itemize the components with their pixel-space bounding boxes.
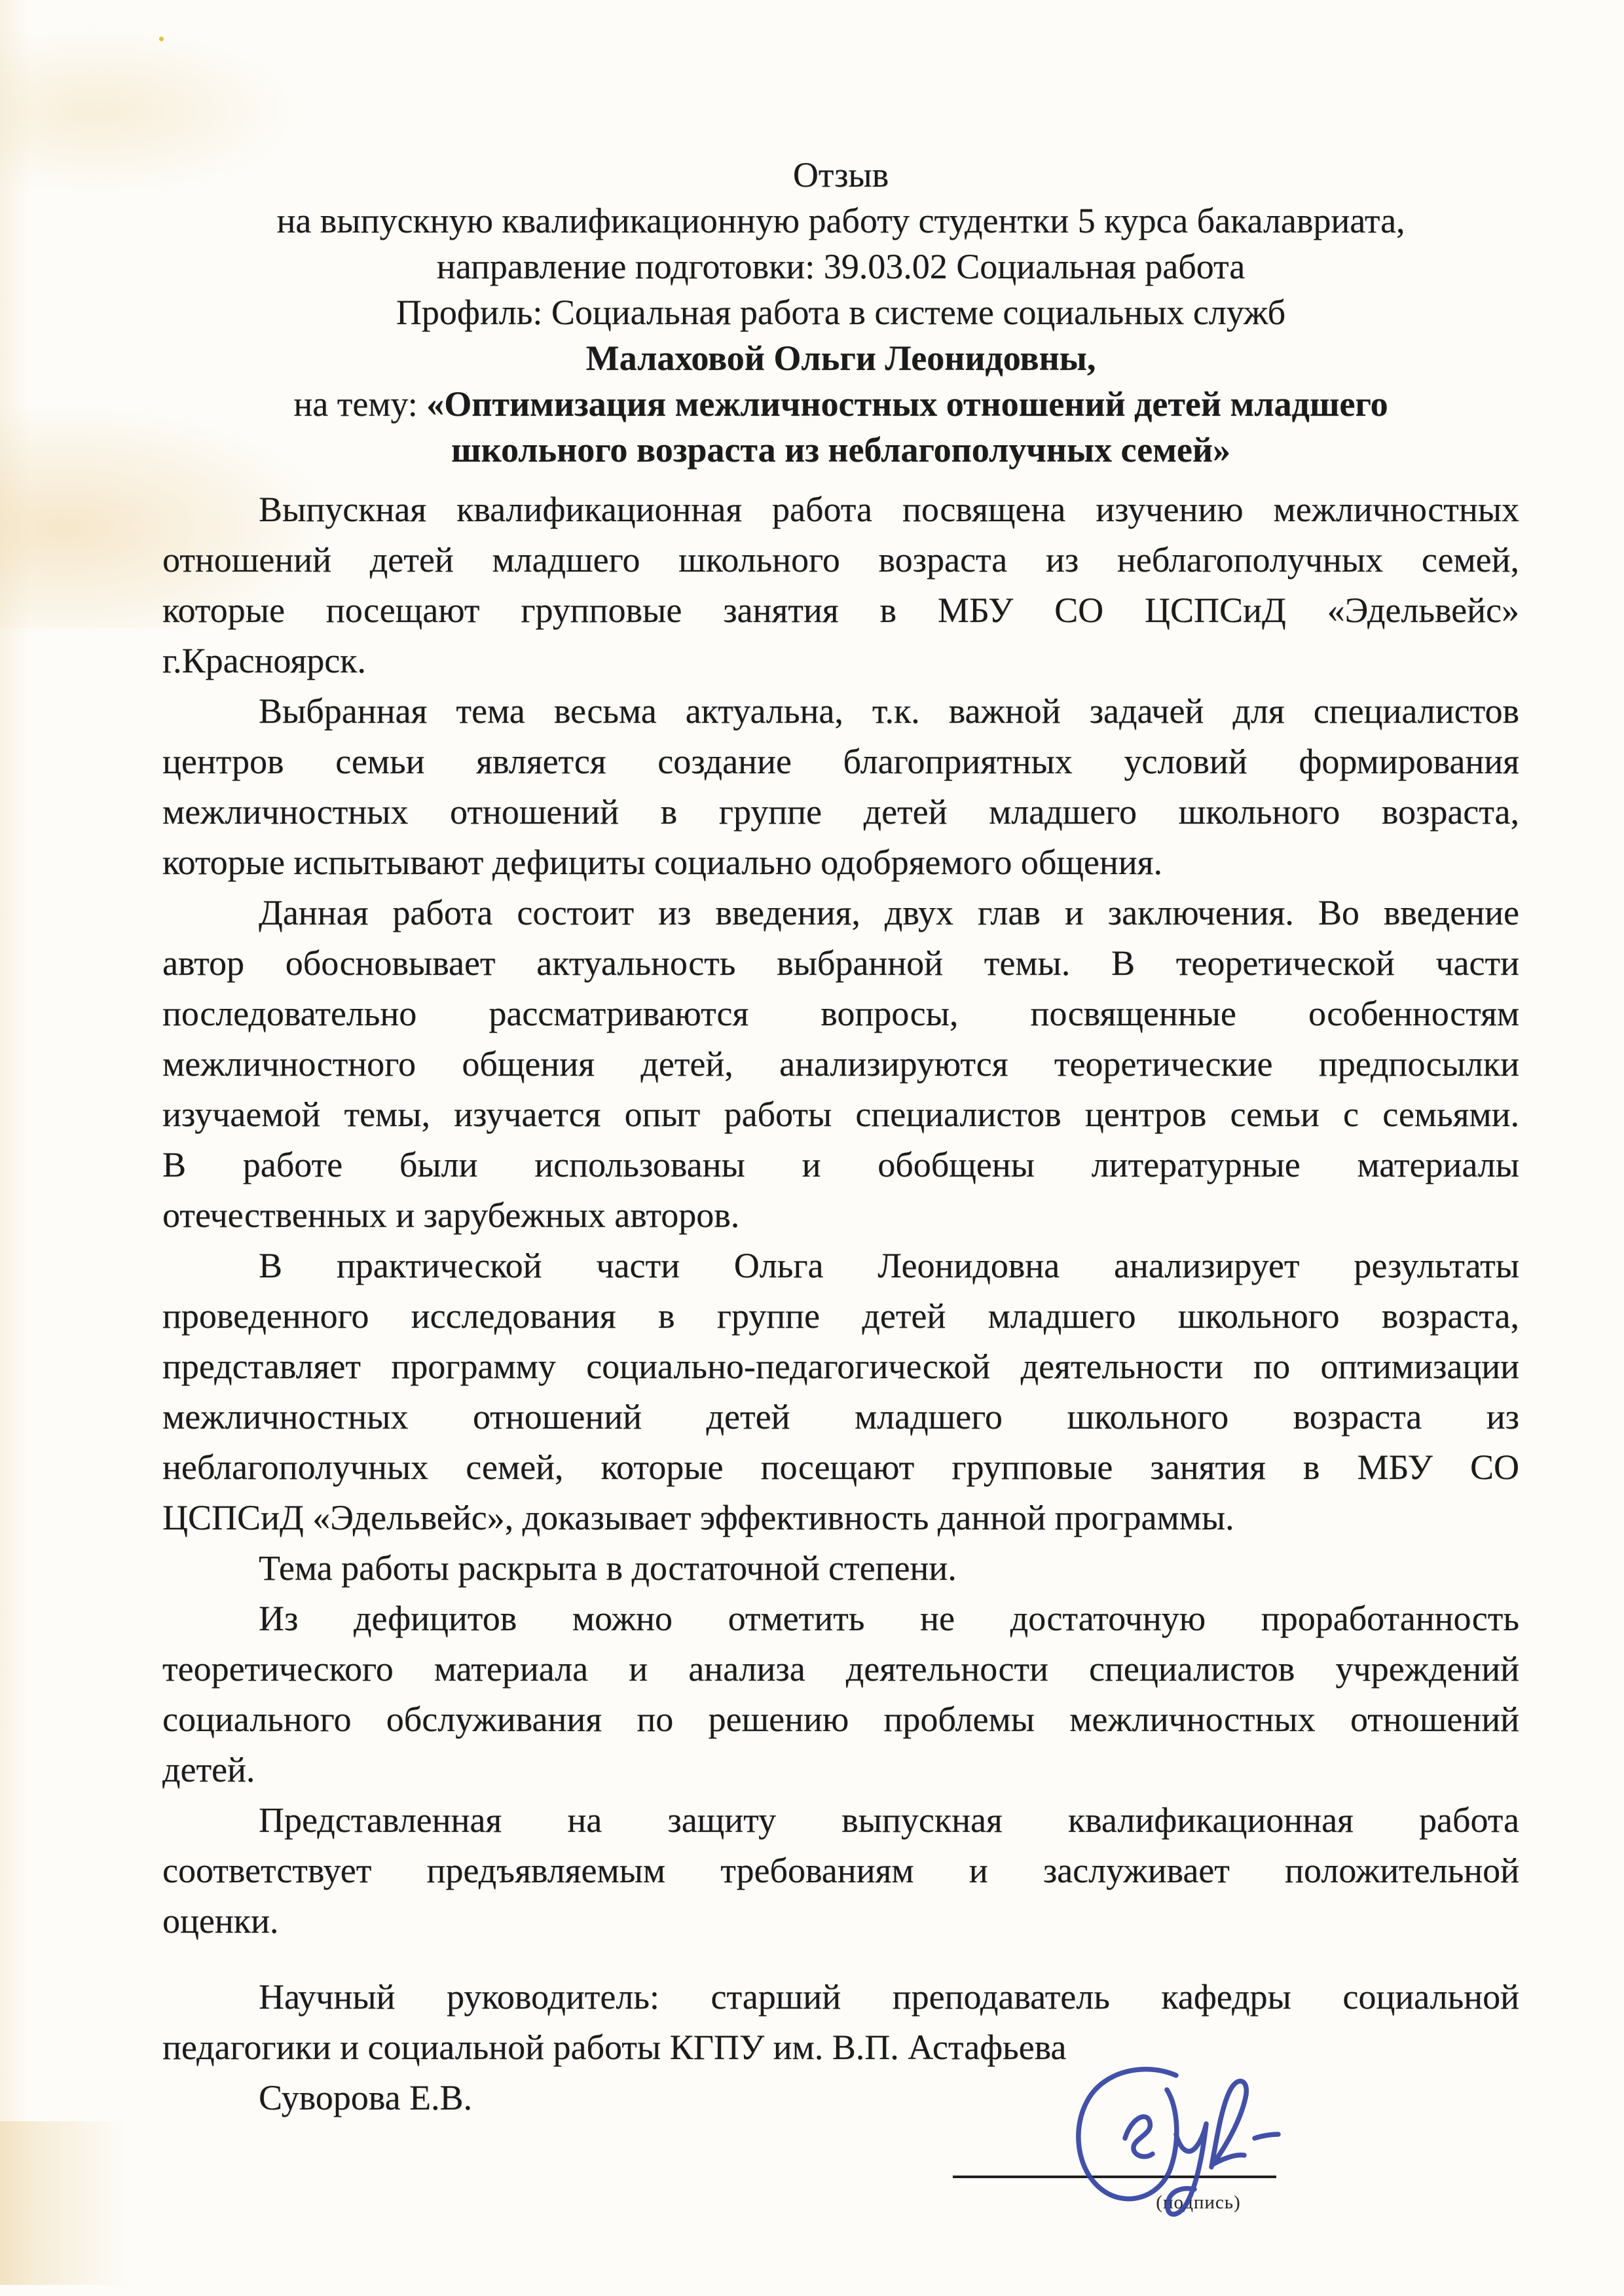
body-line: которые испытывают дефициты социально од… xyxy=(162,837,1519,888)
body-line: Данная работа состоит из введения, двух … xyxy=(162,888,1519,938)
body-line: Выпускная квалификационная работа посвящ… xyxy=(162,484,1519,535)
review-body: Выпускная квалификационная работа посвящ… xyxy=(162,484,1519,1946)
signer-name: Суворова Е.В. xyxy=(162,2073,1519,2123)
body-line: представляет программу социально-педагог… xyxy=(162,1341,1519,1392)
supervisor-line: Научный руководитель: старший преподават… xyxy=(162,1972,1519,2022)
paragraph: Представленная на защиту выпускная квали… xyxy=(162,1795,1519,1946)
document-page: Отзыв на выпускную квалификационную рабо… xyxy=(0,0,1624,2296)
body-line: проведенного исследования в группе детей… xyxy=(162,1291,1519,1341)
body-line: отношений детей младшего школьного возра… xyxy=(162,535,1519,585)
body-line: оценки. xyxy=(162,1896,1519,1946)
signature-ink xyxy=(1044,2061,1287,2225)
body-line: автор обосновывает актуальность выбранно… xyxy=(162,938,1519,989)
header-line-work: на выпускную квалификационную работу сту… xyxy=(162,198,1519,244)
paragraph: Выпускная квалификационная работа посвящ… xyxy=(162,484,1519,686)
body-line: ЦСПСиД «Эдельвейс», доказывает эффективн… xyxy=(162,1493,1519,1543)
body-line: соответствует предъявляемым требованиям … xyxy=(162,1846,1519,1896)
body-line: отечественных и зарубежных авторов. xyxy=(162,1190,1519,1241)
paragraph: Данная работа состоит из введения, двух … xyxy=(162,888,1519,1241)
body-line: социального обслуживания по решению проб… xyxy=(162,1694,1519,1745)
body-line: неблагополучных семей, которые посещают … xyxy=(162,1442,1519,1493)
student-name: Малаховой Ольги Леонидовны, xyxy=(162,335,1519,381)
body-line: Выбранная тема весьма актуальна, т.к. ва… xyxy=(162,686,1519,737)
header-line-direction: направление подготовки: 39.03.02 Социаль… xyxy=(162,244,1519,289)
body-line: Из дефицитов можно отметить не достаточн… xyxy=(162,1594,1519,1644)
body-line: теоретического материала и анализа деяте… xyxy=(162,1644,1519,1694)
body-line: последовательно рассматриваются вопросы,… xyxy=(162,989,1519,1039)
header-line-profile: Профиль: Социальная работа в системе соц… xyxy=(162,289,1519,335)
body-line: межличностных отношений детей младшего ш… xyxy=(162,1392,1519,1442)
theme-title-part-1: «Оптимизация межличностных отношений дет… xyxy=(426,384,1388,424)
body-line: Тема работы раскрыта в достаточной степе… xyxy=(162,1543,1519,1594)
paper-speck xyxy=(159,37,164,41)
paper-stain-bottom-left xyxy=(0,2121,151,2285)
supervisor-line: педагогики и социальной работы КГПУ им. … xyxy=(162,2022,1519,2073)
paragraph: Из дефицитов можно отметить не достаточн… xyxy=(162,1594,1519,1795)
supervisor-block: Научный руководитель: старший преподават… xyxy=(162,1972,1519,2123)
body-line: изучаемой темы, изучается опыт работы сп… xyxy=(162,1089,1519,1140)
document-title: Отзыв xyxy=(162,152,1519,198)
theme-prefix: на тему: xyxy=(293,384,426,424)
body-line: межличностных отношений в группе детей м… xyxy=(162,787,1519,837)
paragraph: Выбранная тема весьма актуальна, т.к. ва… xyxy=(162,686,1519,888)
thesis-theme-line-2: школьного возраста из неблагополучных се… xyxy=(162,427,1519,473)
document-header: Отзыв на выпускную квалификационную рабо… xyxy=(162,152,1519,473)
body-line: центров семьи является создание благопри… xyxy=(162,737,1519,787)
paragraph: Тема работы раскрыта в достаточной степе… xyxy=(162,1543,1519,1594)
thesis-theme-line-1: на тему: «Оптимизация межличностных отно… xyxy=(162,381,1519,427)
scan-edge-shading xyxy=(0,0,30,2285)
body-line: которые посещают групповые занятия в МБУ… xyxy=(162,585,1519,636)
body-line: г.Красноярск. xyxy=(162,636,1519,686)
body-line: межличностного общения детей, анализирую… xyxy=(162,1039,1519,1089)
paragraph: В практической части Ольга Леонидовна ан… xyxy=(162,1241,1519,1543)
body-line: детей. xyxy=(162,1745,1519,1795)
text-content: Отзыв на выпускную квалификационную рабо… xyxy=(162,152,1519,2123)
body-line: В практической части Ольга Леонидовна ан… xyxy=(162,1241,1519,1291)
body-line: Представленная на защиту выпускная квали… xyxy=(162,1795,1519,1846)
body-line: В работе были использованы и обобщены ли… xyxy=(162,1140,1519,1190)
